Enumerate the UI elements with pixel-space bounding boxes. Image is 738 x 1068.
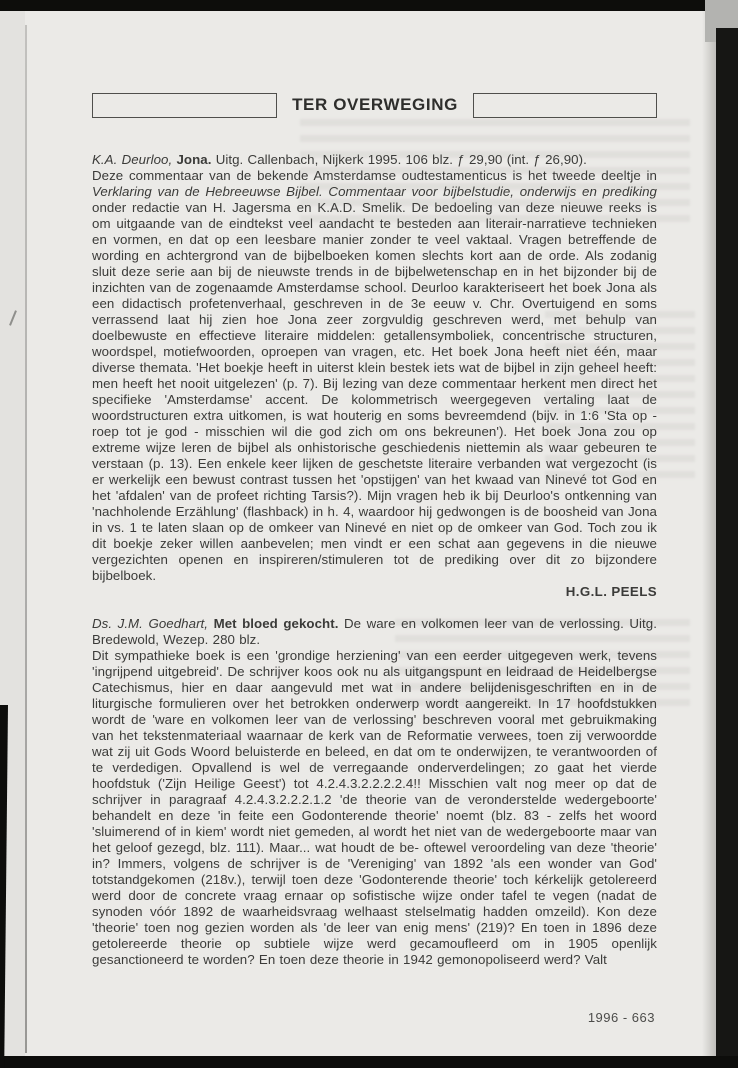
review-body: Deze commentaar van de bekende Amsterdam… (92, 168, 657, 584)
scan-edge-bottom (0, 1056, 738, 1068)
section-header: TER OVERWEGING (92, 92, 657, 118)
review-heading: K.A. Deurloo, Jona. Uitg. Callenbach, Ni… (92, 152, 657, 168)
review-body: Dit sympathieke boek is een 'grondige he… (92, 648, 657, 968)
section-title: TER OVERWEGING (292, 95, 458, 115)
page-number: 1996 - 663 (588, 1010, 655, 1025)
book-review-goedhart-met-bloed-gekocht: Ds. J.M. Goedhart, Met bloed gekocht. De… (92, 616, 657, 968)
scanned-page-background: TER OVERWEGING K.A. Deurloo, Jona. Uitg.… (0, 0, 738, 1068)
document-page: TER OVERWEGING K.A. Deurloo, Jona. Uitg.… (0, 11, 716, 1056)
review-heading: Ds. J.M. Goedhart, Met bloed gekocht. De… (92, 616, 657, 648)
page-edge-shadow (702, 11, 716, 1056)
reviewer-signature: H.G.L. PEELS (92, 584, 657, 600)
page-fold-line (25, 25, 27, 1053)
scan-edge-top (0, 0, 712, 11)
header-box-right (473, 93, 657, 118)
header-box-left (92, 93, 277, 118)
review-separator (92, 600, 657, 616)
scan-edge-right (716, 28, 738, 1068)
review-column: K.A. Deurloo, Jona. Uitg. Callenbach, Ni… (92, 152, 657, 968)
book-review-deurloo-jona: K.A. Deurloo, Jona. Uitg. Callenbach, Ni… (92, 152, 657, 600)
